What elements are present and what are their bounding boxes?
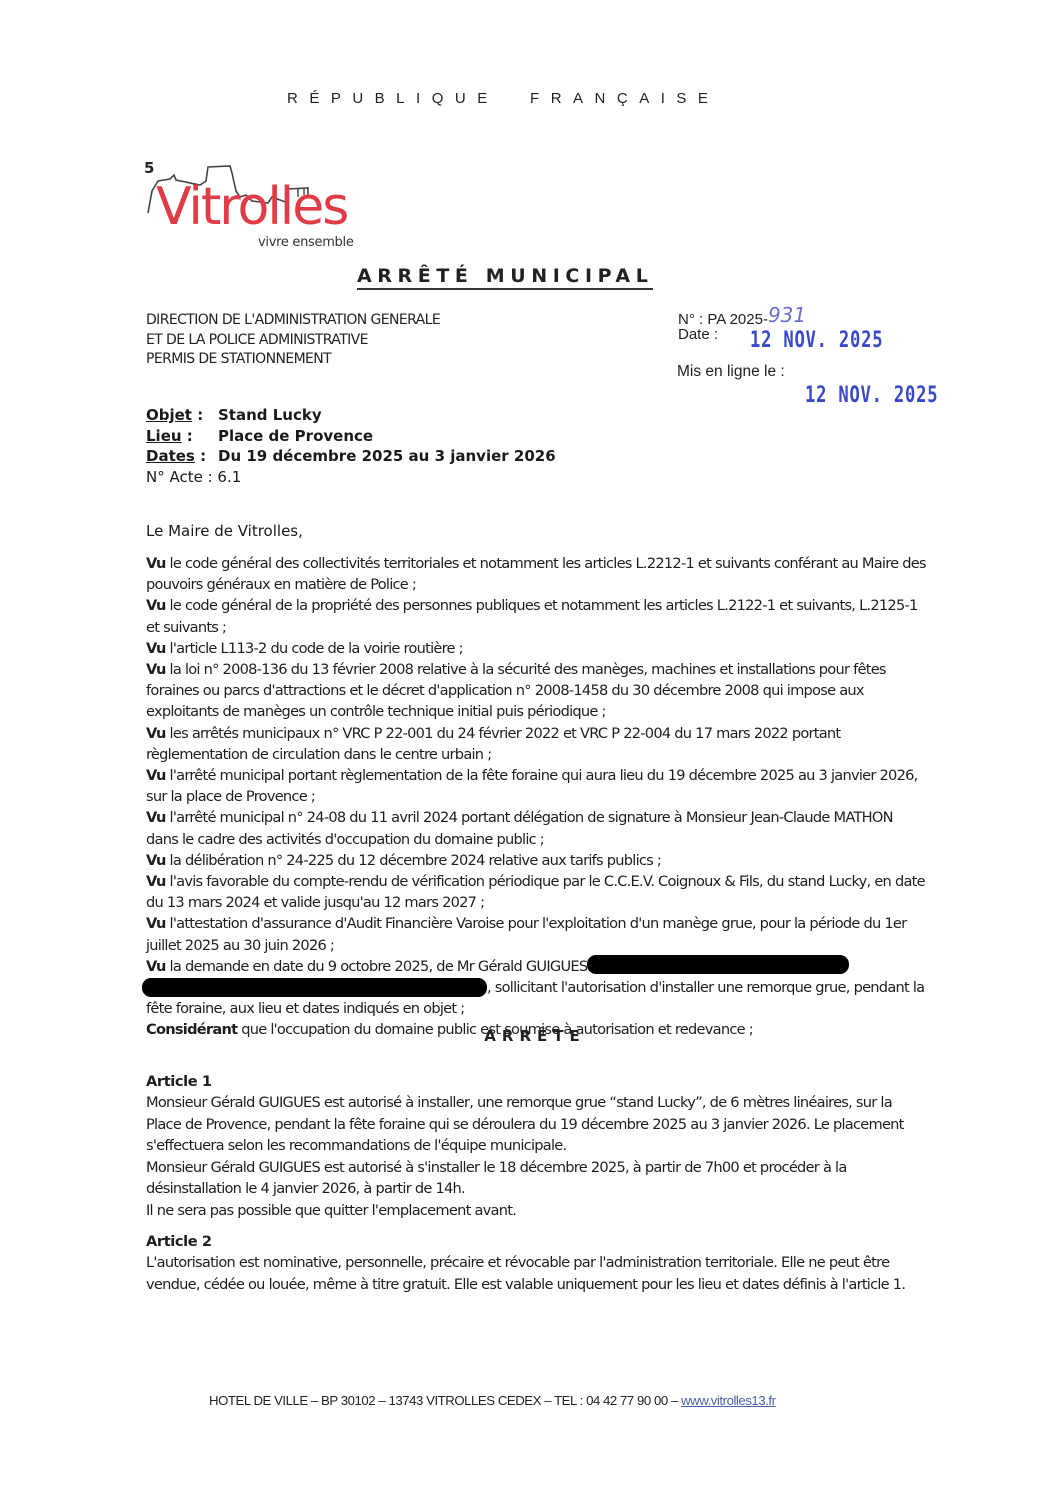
visa-demande: Vu la demande en date du 9 octobre 2025,… [146,956,926,1020]
website-link[interactable]: www.vitrolles13.fr [681,1393,776,1408]
objet-value: Stand Lucky [218,405,322,426]
article-paragraph: Monsieur Gérald GUIGUES est autorisé à i… [146,1092,926,1157]
direction-line: DIRECTION DE L'ADMINISTRATION GENERALE [146,311,440,331]
visa-item: Vu les arrêtés municipaux n° VRC P 22-00… [146,723,926,765]
visa-item: Vu le code général de la propriété des p… [146,595,926,637]
visa-item: Vu la délibération n° 24-225 du 12 décem… [146,850,926,871]
visas-block: Vu le code général des collectivités ter… [146,553,926,1041]
visa-item: Vu l'arrêté municipal n° 24-08 du 11 avr… [146,807,926,849]
lieu-label: Lieu [146,427,182,445]
online-date-stamp: 12 NOV. 2025 [805,383,938,408]
acte-number: N° Acte : 6.1 [146,467,556,488]
vitrolles-logo: 5 Vitrolles vivre ensemble [140,155,400,255]
document-title: ARRÊTÉ MUNICIPAL [357,267,653,290]
subject-objet: Objet : Stand Lucky [146,405,556,426]
lieu-value: Place de Provence [218,426,373,447]
logo-wordmark: Vitrolles [156,181,347,233]
intro-maire: Le Maire de Vitrolles, [146,522,303,540]
subject-lieu: Lieu : Place de Provence [146,426,556,447]
date-label: Date : [678,326,718,343]
republique-francaise-header: RÉPUBLIQUE FRANÇAISE [287,90,719,107]
footer-address: HOTEL DE VILLE – BP 30102 – 13743 VITROL… [209,1393,681,1408]
redaction-bar [142,978,487,997]
article-paragraph: L'autorisation est nominative, personnel… [146,1252,926,1295]
article-title: Article 2 [146,1232,926,1252]
direction-line: ET DE LA POLICE ADMINISTRATIVE [146,331,440,351]
article-paragraph: Monsieur Gérald GUIGUES est autorisé à s… [146,1157,926,1200]
arrete-number-handwritten: 931 [768,303,806,327]
date-stamp: 12 NOV. 2025 [750,328,883,353]
direction-block: DIRECTION DE L'ADMINISTRATION GENERALE E… [146,311,440,370]
visa-item: Vu la loi n° 2008-136 du 13 février 2008… [146,659,926,723]
subject-dates: Dates : Du 19 décembre 2025 au 3 janvier… [146,446,556,467]
dates-value: Du 19 décembre 2025 au 3 janvier 2026 [218,446,556,467]
footer: HOTEL DE VILLE – BP 30102 – 13743 VITROL… [209,1393,776,1408]
dates-label: Dates [146,447,195,465]
article-paragraph: Il ne sera pas possible que quitter l'em… [146,1200,926,1222]
direction-line: PERMIS DE STATIONNEMENT [146,350,440,370]
article-1: Article 1 Monsieur Gérald GUIGUES est au… [146,1072,926,1222]
visa-item: Vu l'article L113-2 du code de la voirie… [146,638,926,659]
visa-item: Vu l'arrêté municipal portant règlementa… [146,765,926,807]
article-title: Article 1 [146,1072,926,1092]
online-date-label: Mis en ligne le : [677,363,785,381]
arrete-heading: ARRÊTE [0,1027,1058,1045]
article-2: Article 2 L'autorisation est nominative,… [146,1232,926,1295]
logo-page-number: 5 [144,159,154,177]
logo-tagline: vivre ensemble [258,235,354,250]
objet-label: Objet [146,406,192,424]
redaction-bar [587,955,849,974]
visa-item: Vu le code général des collectivités ter… [146,553,926,595]
visa-item: Vu l'avis favorable du compte-rendu de v… [146,871,926,913]
visa-item: Vu l'attestation d'assurance d'Audit Fin… [146,913,926,955]
subject-block: Objet : Stand Lucky Lieu : Place de Prov… [146,405,556,487]
